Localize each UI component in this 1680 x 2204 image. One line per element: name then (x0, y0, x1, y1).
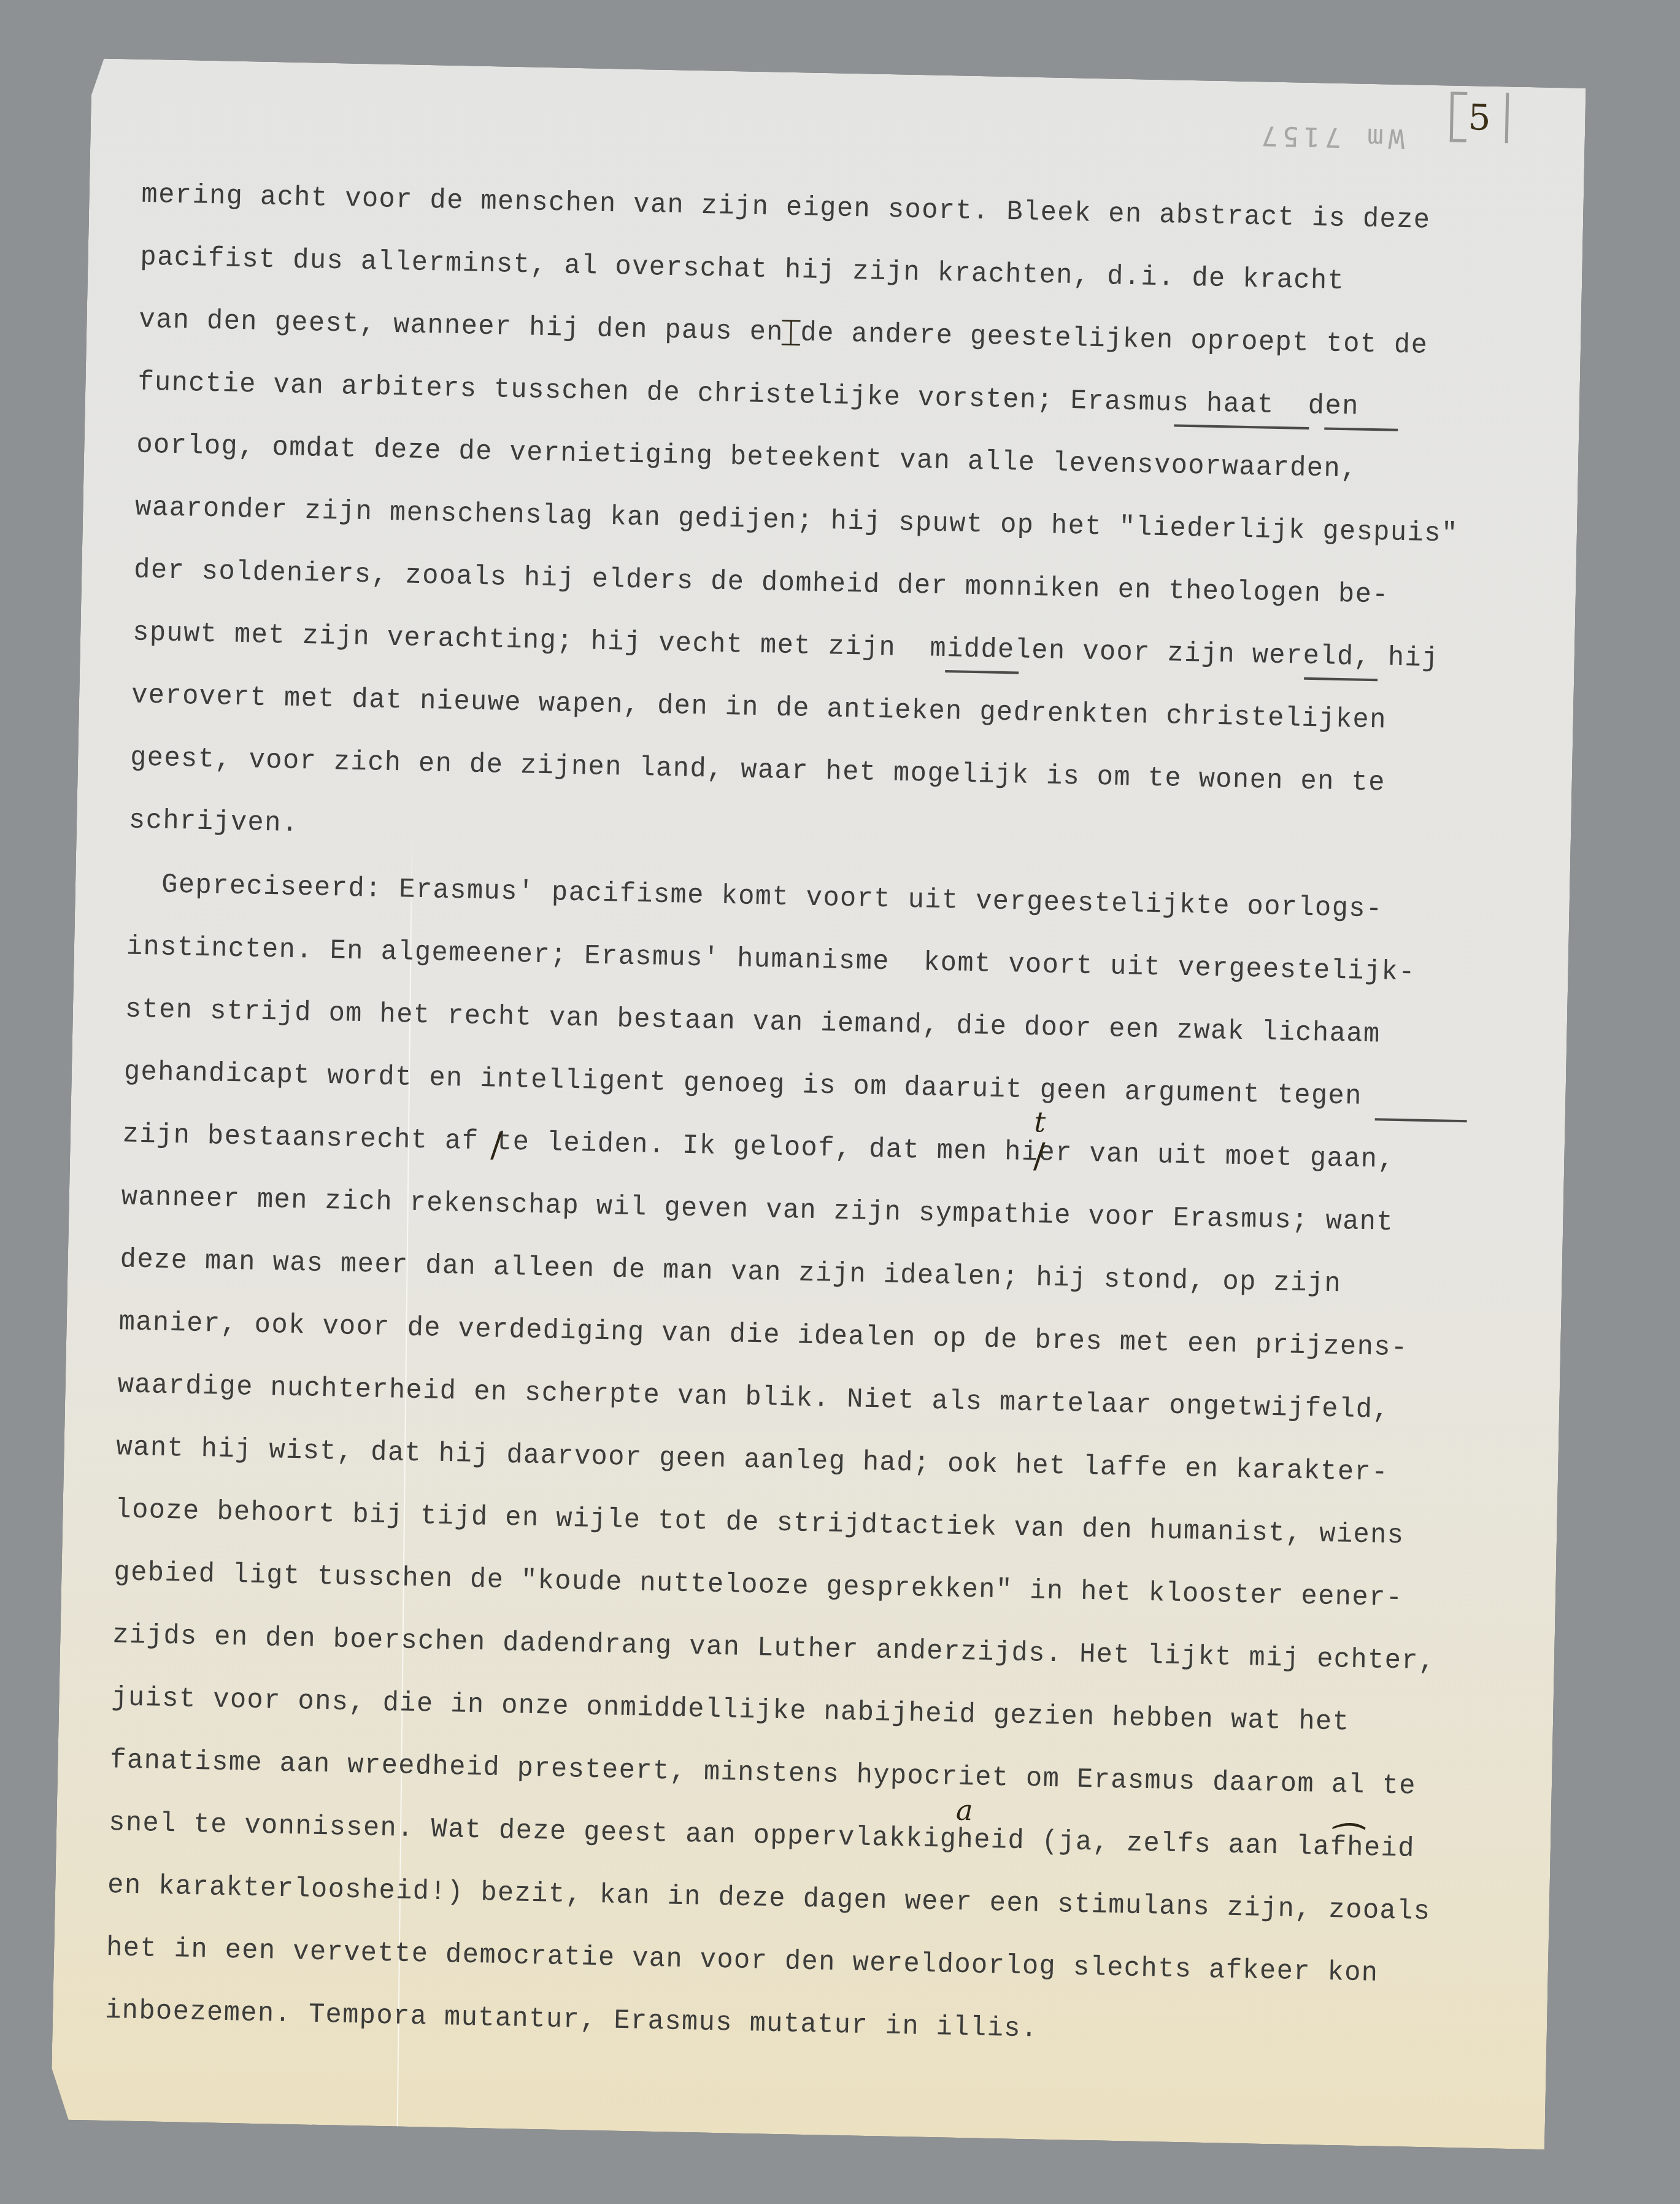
text-line: deze man was meer dan alleen de man van … (120, 1244, 1341, 1300)
text-line: spuwt met zijn verachting; hij vecht met… (133, 617, 1439, 676)
text-line: zijds en den boerschen dadendrang van Lu… (112, 1619, 1436, 1678)
text-line: waaronder zijn menschenslag kan gedijen;… (135, 492, 1458, 550)
archive-stamp: Wm 7157 (1256, 120, 1404, 154)
text-line: want hij wist, dat hij daarvoor geen aan… (116, 1431, 1389, 1489)
text-line: gebied ligt tusschen de "koude nuttelooz… (114, 1557, 1403, 1614)
manuscript-page: Wm 7157 5 mering acht voor de menschen v… (51, 58, 1586, 2149)
separator-mark: ⌶ (780, 312, 803, 355)
text-line: der soldeniers, zooals hij elders de dom… (134, 555, 1390, 612)
text-line: het in een vervette democratie van voor … (106, 1932, 1379, 1990)
page-number: 5 (1450, 91, 1509, 143)
text-line: mering acht voor de menschen van zijn ei… (141, 179, 1431, 237)
text-line: sten strijd om het recht van bestaan van… (125, 993, 1381, 1050)
underline-zijn-1 (945, 670, 1019, 674)
correction-t: t (1034, 1105, 1046, 1138)
underline-zijn-2 (1304, 677, 1378, 681)
slash-mark-bestaansrecht: / (490, 1125, 503, 1165)
text-line: en karakterloosheid!) bezit, kan in deze… (107, 1870, 1431, 1928)
text-line: functie van arbiters tusschen de christe… (137, 367, 1359, 423)
text-line: schrijven. (129, 804, 299, 840)
transposition-mark: ⁀ (1326, 1823, 1357, 1867)
text-line: Gepreciseerd: Erasmus' pacifisme komt vo… (127, 868, 1383, 925)
text-line: oorlog, omdat deze de vernietiging betee… (136, 430, 1358, 486)
underline-erasmus (1174, 425, 1309, 430)
page-number-value: 5 (1468, 96, 1491, 139)
underline-tegen (1375, 1118, 1467, 1122)
text-line: snel te vonnissen. Wat deze geest aan op… (109, 1807, 1416, 1865)
slash-mark: / (1033, 1136, 1046, 1176)
text-line: waardige nuchterheid en scherpte van bli… (117, 1369, 1390, 1427)
text-line: wanneer men zich rekenschap wil geven va… (121, 1181, 1393, 1239)
text-line: verovert met dat nieuwe wapen, den in de… (131, 680, 1387, 737)
text-line: looze behoort bij tijd en wijle tot de s… (115, 1494, 1404, 1552)
text-line: zijn bestaansrecht af te leiden. Ik gelo… (122, 1119, 1395, 1176)
text-line: manier, ook voor de verdediging van die … (118, 1306, 1408, 1364)
underline-haat (1324, 427, 1398, 431)
typed-text: mering acht voor de menschen van zijn ei… (142, 179, 1553, 207)
text-line: fanatisme aan wreedheid presteert, minst… (110, 1744, 1417, 1803)
correction-a: a (955, 1794, 973, 1827)
text-line: geest, voor zich en de zijnen land, waar… (130, 742, 1386, 799)
text-line: instincten. En algemeener; Erasmus' huma… (126, 931, 1416, 988)
text-line: juist voor ons, die in onze onmiddellijk… (111, 1682, 1350, 1738)
text-line: inboezemen. Tempora mutantur, Erasmus mu… (105, 1995, 1038, 2046)
text-line: gehandicapt wordt en intelligent genoeg … (123, 1056, 1362, 1112)
text-line: pacifist dus allerminst, al overschat hi… (140, 242, 1345, 298)
